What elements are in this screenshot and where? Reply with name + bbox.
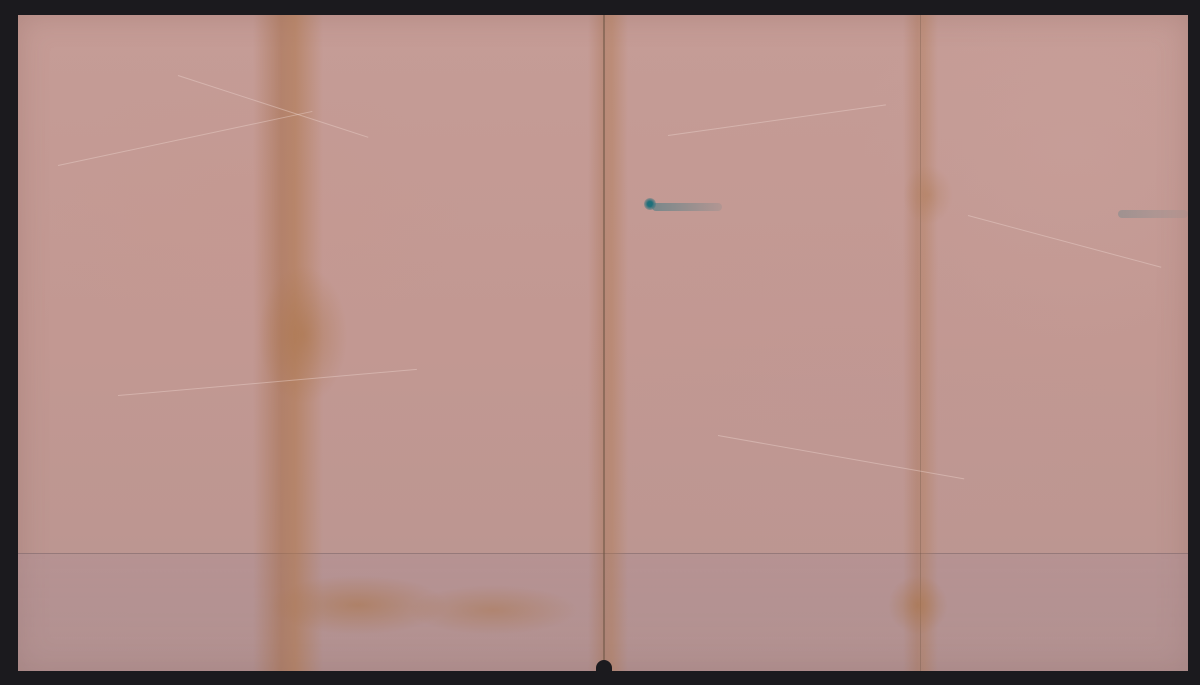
crease xyxy=(968,215,1161,268)
ink-trail xyxy=(652,203,722,211)
fold-line-center xyxy=(603,15,605,671)
tear-notch xyxy=(596,660,612,671)
fold-line-right xyxy=(920,15,921,671)
paper-sheet xyxy=(18,15,1188,671)
stain-left-mid xyxy=(258,265,348,405)
ink-streak-right xyxy=(1118,210,1188,218)
stain-bottom-mid xyxy=(408,585,578,635)
fold-stain-center xyxy=(588,15,628,671)
stain-right-upper xyxy=(903,165,953,225)
crease xyxy=(668,104,886,136)
stain-bottom-right xyxy=(888,575,948,635)
